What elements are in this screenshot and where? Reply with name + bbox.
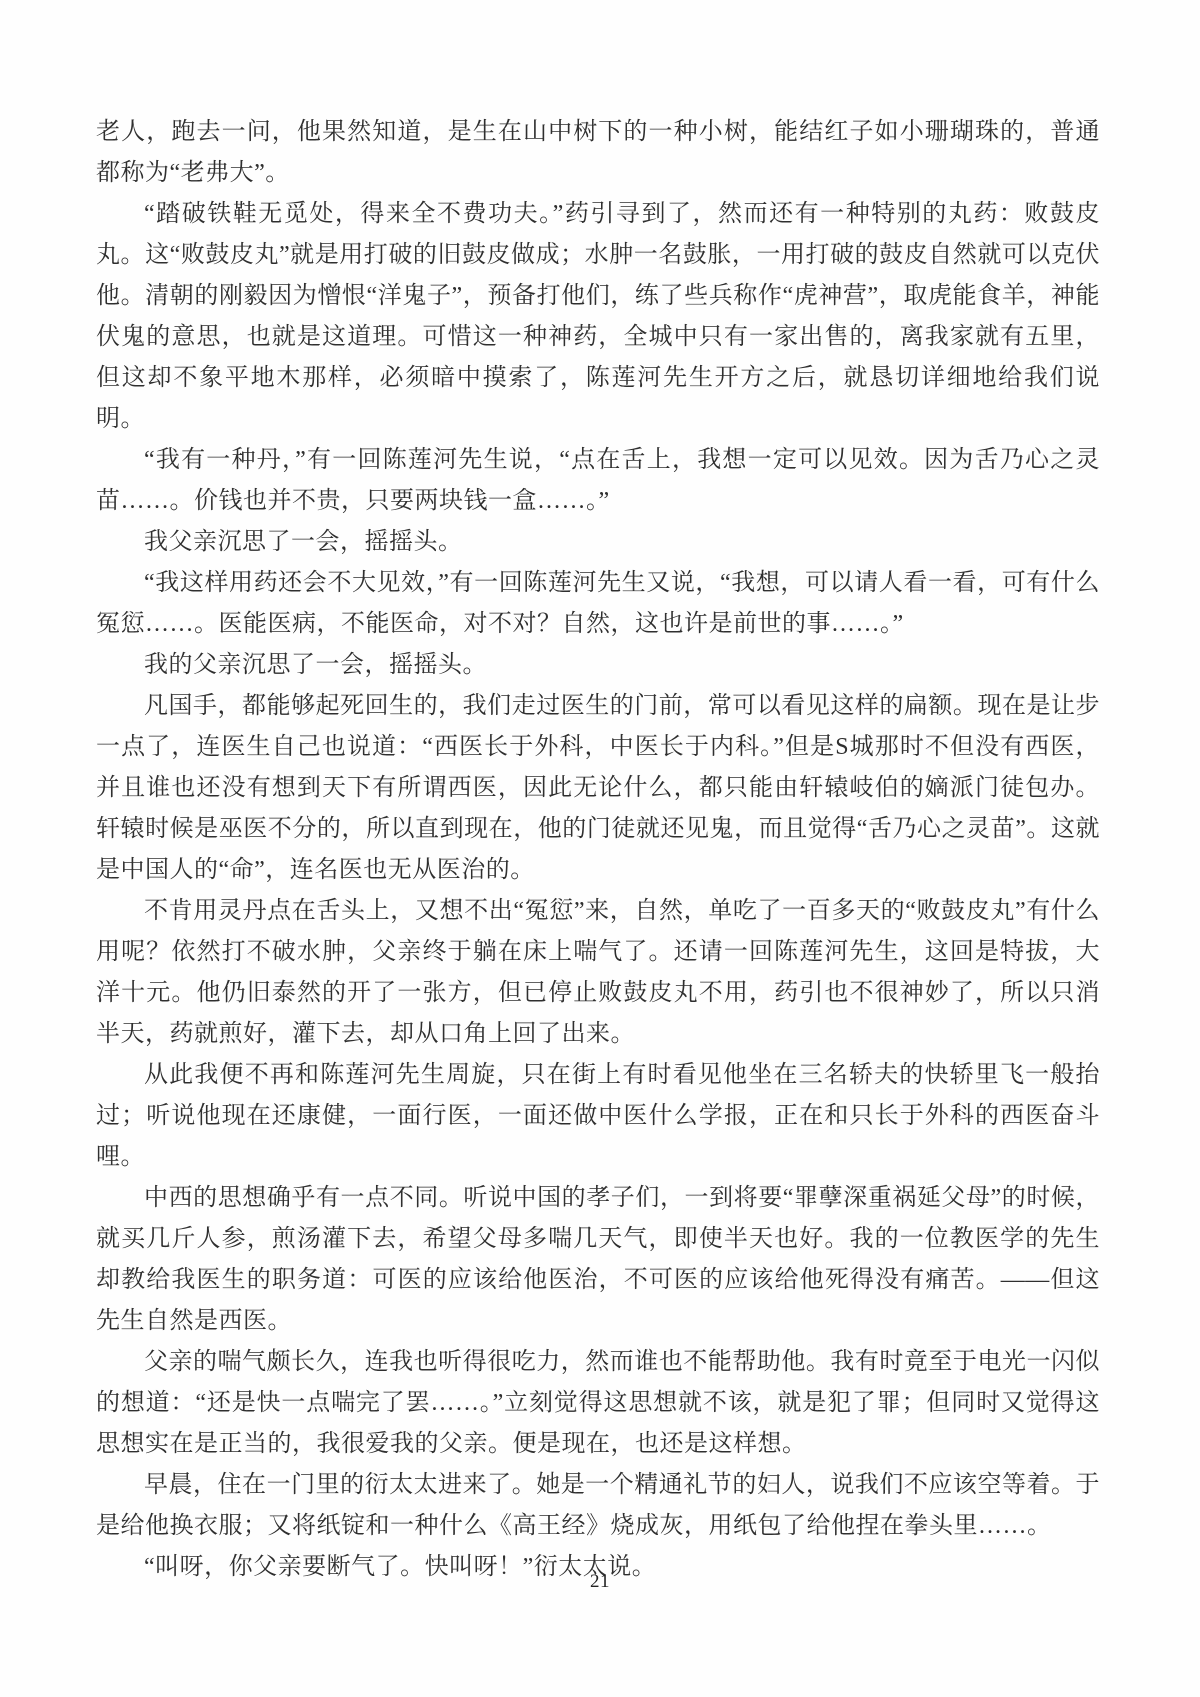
paragraph: 中西的思想确乎有一点不同。听说中国的孝子们，一到将要“罪孽深重祸延父母”的时候，…	[96, 1178, 1100, 1342]
paragraph: 凡国手，都能够起死回生的，我们走过医生的门前，常可以看见这样的扁额。现在是让步一…	[96, 686, 1100, 891]
paragraph: 不肯用灵丹点在舌头上，又想不出“冤愆”来，自然，单吃了一百多天的“败鼓皮丸”有什…	[96, 891, 1100, 1055]
paragraph: 我父亲沉思了一会，摇摇头。	[96, 522, 1100, 563]
paragraph: 从此我便不再和陈莲河先生周旋，只在街上有时看见他坐在三名轿夫的快轿里飞一般抬过；…	[96, 1055, 1100, 1178]
paragraph: 早晨，住在一门里的衍太太进来了。她是一个精通礼节的妇人，说我们不应该空等着。于是…	[96, 1465, 1100, 1547]
paragraph: “我这样用药还会不大见效，”有一回陈莲河先生又说，“我想，可以请人看一看，可有什…	[96, 563, 1100, 645]
document-page: 老人，跑去一问，他果然知道，是生在山中树下的一种小树，能结红子如小珊瑚珠的，普通…	[0, 0, 1200, 1697]
paragraph: 老人，跑去一问，他果然知道，是生在山中树下的一种小树，能结红子如小珊瑚珠的，普通…	[96, 112, 1100, 194]
paragraph: “我有一种丹，”有一回陈莲河先生说，“点在舌上，我想一定可以见效。因为舌乃心之灵…	[96, 440, 1100, 522]
paragraph: 我的父亲沉思了一会，摇摇头。	[96, 645, 1100, 686]
paragraph: 父亲的喘气颇长久，连我也听得很吃力，然而谁也不能帮助他。我有时竟至于电光一闪似的…	[96, 1342, 1100, 1465]
text-body: 老人，跑去一问，他果然知道，是生在山中树下的一种小树，能结红子如小珊瑚珠的，普通…	[96, 112, 1100, 1588]
page-number: 21	[0, 1570, 1200, 1594]
paragraph: “踏破铁鞋无觅处，得来全不费功夫。”药引寻到了，然而还有一种特别的丸药：败鼓皮丸…	[96, 194, 1100, 440]
